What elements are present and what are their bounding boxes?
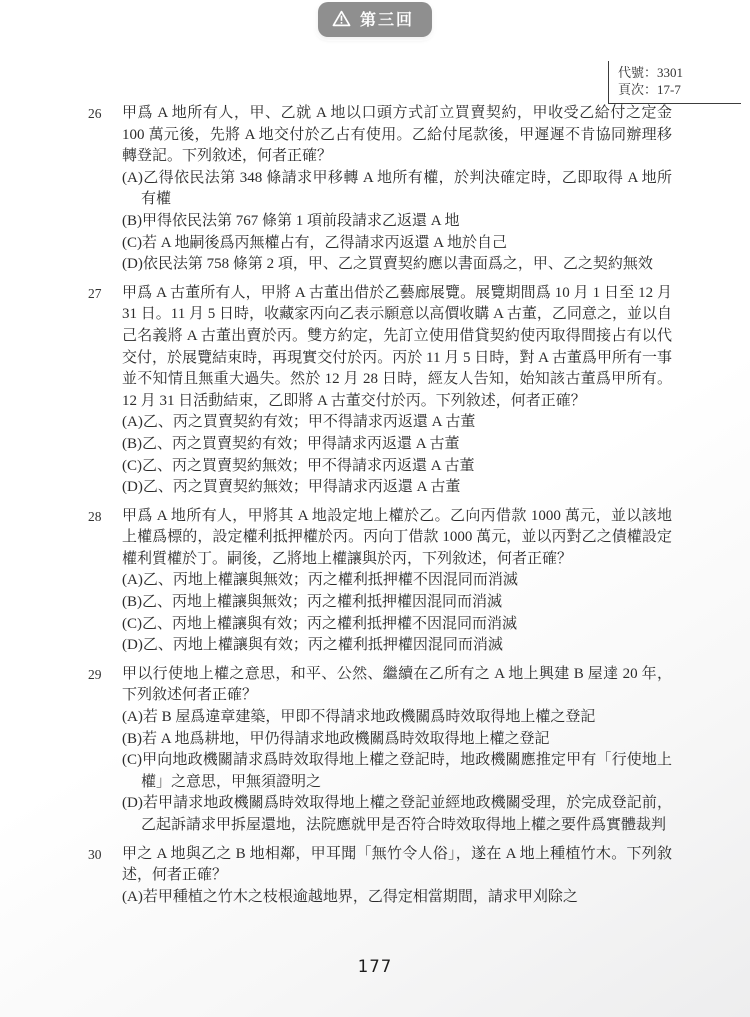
question-number: 29 [88, 664, 122, 837]
question-option-b: (B)甲得依民法第 767 條第 1 項前段請求乙返還 A 地 [122, 211, 672, 233]
question-body: 甲爲 A 古董所有人，甲將 A 古董出借於乙藝廊展覽。展覽期間爲 10 月 1 … [122, 283, 672, 499]
question-item-26: 26 甲爲 A 地所有人，甲、乙就 A 地以口頭方式訂立買賣契約，甲收受乙給付之… [88, 103, 672, 276]
question-item-27: 27 甲爲 A 古董所有人，甲將 A 古董出借於乙藝廊展覽。展覽期間爲 10 月… [88, 283, 672, 499]
question-option-c: (C)甲向地政機關請求爲時效取得地上權之登記時，地政機關應推定甲有「行使地上權」… [122, 750, 672, 793]
question-option-b: (B)乙、丙之買賣契約有效；甲得請求丙返還 A 古董 [122, 434, 672, 456]
page-number: 177 [0, 957, 750, 976]
question-body: 甲爲 A 地所有人，甲將其 A 地設定地上權於乙。乙向丙借款 1000 萬元，並… [122, 506, 672, 657]
question-list: 26 甲爲 A 地所有人，甲、乙就 A 地以口頭方式訂立買賣契約，甲收受乙給付之… [88, 103, 672, 915]
question-option-d: (D)若甲請求地政機關爲時效取得地上權之登記並經地政機關受理，於完成登記前，乙起… [122, 793, 672, 836]
question-option-d: (D)乙、丙之買賣契約無效；甲得請求丙返還 A 古董 [122, 477, 672, 499]
exam-page: 第三回 代號：3301 頁次：17-7 26 甲爲 A 地所有人，甲、乙就 A … [0, 0, 750, 1017]
question-option-c: (C)若 A 地嗣後爲丙無權占有，乙得請求丙返還 A 地於自己 [122, 233, 672, 255]
question-body: 甲之 A 地與乙之 B 地相鄰，甲耳聞「無竹令人俗」，遂在 A 地上種植竹木。下… [122, 844, 672, 909]
question-option-a: (A)乙、丙地上權讓與無效；丙之權利抵押權不因混同而消滅 [122, 570, 672, 592]
question-stem: 甲以行使地上權之意思，和平、公然、繼續在乙所有之 A 地上興建 B 屋達 20 … [122, 664, 672, 707]
question-option-d: (D)乙、丙地上權讓與有效；丙之權利抵押權因混同而消滅 [122, 635, 672, 657]
question-option-b: (B)若 A 地爲耕地，甲仍得請求地政機關爲時效取得地上權之登記 [122, 729, 672, 751]
question-stem: 甲爲 A 地所有人，甲將其 A 地設定地上權於乙。乙向丙借款 1000 萬元，並… [122, 506, 672, 571]
question-item-28: 28 甲爲 A 地所有人，甲將其 A 地設定地上權於乙。乙向丙借款 1000 萬… [88, 506, 672, 657]
question-number: 26 [88, 103, 122, 276]
question-option-a: (A)若甲種植之竹木之枝根逾越地界，乙得定相當期間，請求甲刈除之 [122, 887, 672, 909]
question-option-a: (A)若 B 屋爲違章建築，甲即不得請求地政機關爲時效取得地上權之登記 [122, 707, 672, 729]
question-number: 28 [88, 506, 122, 657]
warning-icon [332, 10, 351, 27]
question-body: 甲以行使地上權之意思，和平、公然、繼續在乙所有之 A 地上興建 B 屋達 20 … [122, 664, 672, 837]
exam-page-index: 頁次：17-7 [618, 81, 735, 98]
exam-code: 代號：3301 [618, 64, 735, 81]
question-number: 27 [88, 283, 122, 499]
question-item-30: 30 甲之 A 地與乙之 B 地相鄰，甲耳聞「無竹令人俗」，遂在 A 地上種植竹… [88, 844, 672, 909]
question-stem: 甲爲 A 地所有人，甲、乙就 A 地以口頭方式訂立買賣契約，甲收受乙給付之定金 … [122, 103, 672, 168]
question-body: 甲爲 A 地所有人，甲、乙就 A 地以口頭方式訂立買賣契約，甲收受乙給付之定金 … [122, 103, 672, 276]
question-option-c: (C)乙、丙地上權讓與有效；丙之權利抵押權不因混同而消滅 [122, 614, 672, 636]
question-option-d: (D)依民法第 758 條第 2 項，甲、乙之買賣契約應以書面爲之，甲、乙之契約… [122, 254, 672, 276]
question-stem: 甲爲 A 古董所有人，甲將 A 古董出借於乙藝廊展覽。展覽期間爲 10 月 1 … [122, 283, 672, 413]
question-option-a: (A)乙得依民法第 348 條請求甲移轉 A 地所有權，於判決確定時，乙即取得 … [122, 168, 672, 211]
question-option-c: (C)乙、丙之買賣契約無效；甲不得請求丙返還 A 古董 [122, 456, 672, 478]
question-number: 30 [88, 844, 122, 909]
exam-code-box: 代號：3301 頁次：17-7 [608, 61, 741, 104]
question-option-b: (B)乙、丙地上權讓與無效；丙之權利抵押權因混同而消滅 [122, 592, 672, 614]
question-stem: 甲之 A 地與乙之 B 地相鄰，甲耳聞「無竹令人俗」，遂在 A 地上種植竹木。下… [122, 844, 672, 887]
question-option-a: (A)乙、丙之買賣契約有效；甲不得請求丙返還 A 古董 [122, 412, 672, 434]
round-badge-label: 第三回 [360, 7, 414, 30]
question-item-29: 29 甲以行使地上權之意思，和平、公然、繼續在乙所有之 A 地上興建 B 屋達 … [88, 664, 672, 837]
round-badge: 第三回 [318, 2, 432, 37]
